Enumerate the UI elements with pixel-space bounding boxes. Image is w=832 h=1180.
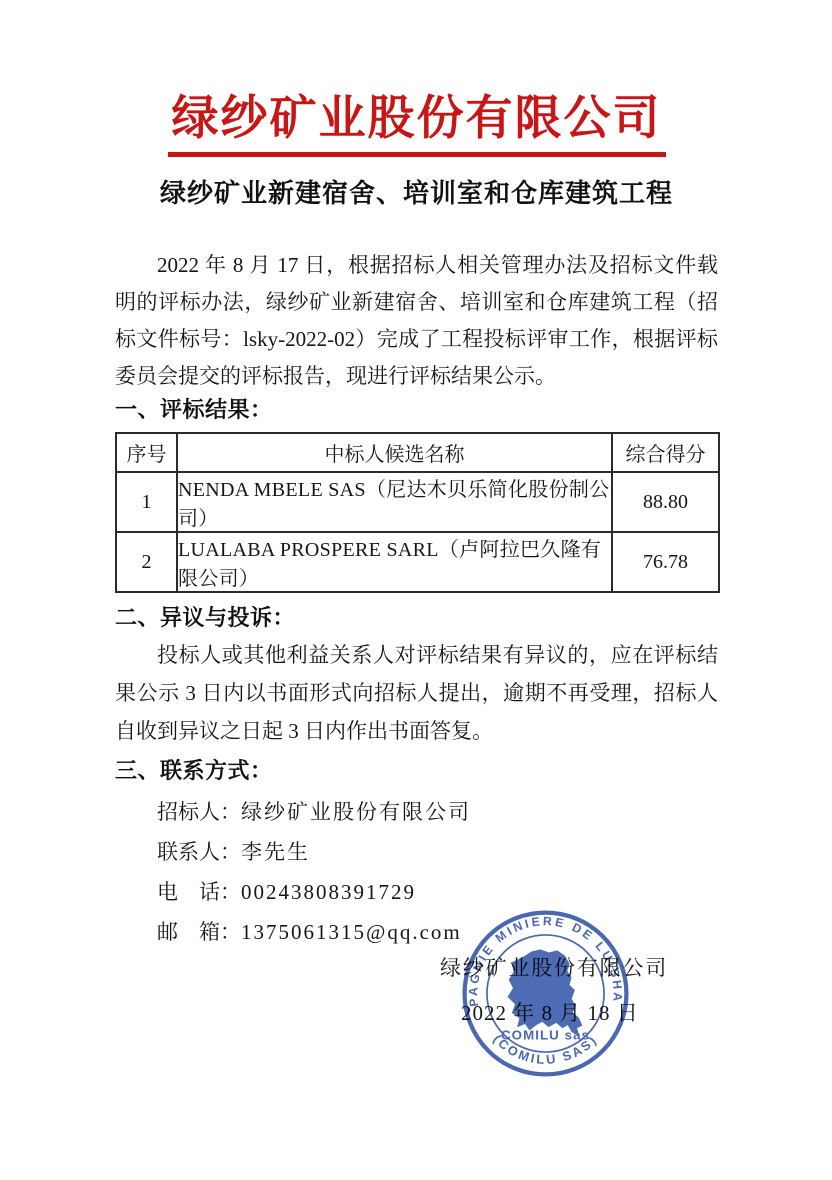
section-heading-results: 一、评标结果：: [115, 397, 718, 423]
page-title: 绿纱矿业股份有限公司: [168, 92, 666, 157]
objection-paragraph: 投标人或其他利益关系人对评标结果有异议的，应在评标结果公示 3 日内以书面形式向…: [115, 636, 718, 750]
header-candidate-name: 中标人候选名称: [177, 433, 612, 472]
header-composite-score: 综合得分: [612, 433, 719, 472]
contact-value: 00243808391729: [241, 880, 416, 904]
page-subtitle: 绿纱矿业新建宿舍、培训室和仓库建筑工程: [115, 173, 718, 210]
cell-composite-score: 88.80: [612, 472, 719, 532]
contact-label: 招标人：: [157, 800, 241, 824]
intro-paragraph: 2022 年 8 月 17 日，根据招标人相关管理办法及招标文件载明的评标办法，…: [115, 247, 718, 395]
header-serial-number: 序号: [116, 433, 177, 472]
contact-value: 李先生: [241, 840, 310, 864]
contact-label: 电 话：: [157, 880, 241, 904]
contact-row-person: 联系人：李先生: [157, 832, 718, 872]
seal-center-text: COMILU sas: [501, 1027, 590, 1042]
table-row: 1 NENDA MBELE SAS（尼达木贝乐简化股份制公司） 88.80: [116, 472, 719, 532]
section-heading-objection: 二、异议与投诉：: [115, 605, 718, 631]
drc-map-icon: [508, 950, 581, 1035]
table-header-row: 序号 中标人候选名称 综合得分: [116, 433, 719, 472]
document-page: 绿纱矿业股份有限公司 绿纱矿业新建宿舍、培训室和仓库建筑工程 2022 年 8 …: [0, 0, 832, 1180]
section-heading-contact: 三、联系方式：: [115, 758, 718, 784]
contact-row-tenderer: 招标人：绿纱矿业股份有限公司: [157, 792, 718, 832]
document-content: 绿纱矿业股份有限公司 绿纱矿业新建宿舍、培训室和仓库建筑工程 2022 年 8 …: [115, 0, 718, 952]
cell-serial-number: 2: [116, 532, 177, 592]
title-block: 绿纱矿业股份有限公司: [115, 92, 718, 157]
cell-candidate-name: LUALABA PROSPERE SARL（卢阿拉巴久隆有限公司）: [177, 532, 612, 592]
cell-candidate-name: NENDA MBELE SAS（尼达木贝乐简化股份制公司）: [177, 472, 612, 532]
contact-label: 联系人：: [157, 840, 241, 864]
contact-value: 绿纱矿业股份有限公司: [241, 800, 471, 824]
results-table: 序号 中标人候选名称 综合得分 1 NENDA MBELE SAS（尼达木贝乐简…: [115, 432, 720, 593]
cell-composite-score: 76.78: [612, 532, 719, 592]
contact-label: 邮 箱：: [157, 920, 241, 944]
table-row: 2 LUALABA PROSPERE SARL（卢阿拉巴久隆有限公司） 76.7…: [116, 532, 719, 592]
company-seal-stamp: COMPAGNIE MINIERE DE LUISHA SAS (COMILU …: [455, 903, 636, 1084]
cell-serial-number: 1: [116, 472, 177, 532]
contact-value: 1375061315@qq.com: [241, 920, 462, 944]
